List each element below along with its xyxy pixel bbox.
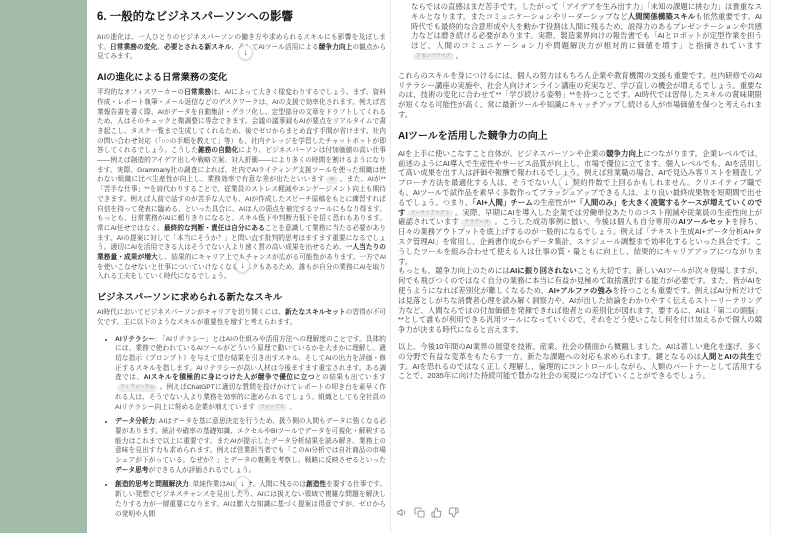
bold-text: 最終的な判断・責任は自分にある — [164, 225, 265, 232]
text-run: 。 — [289, 404, 296, 411]
bold-text: 創造的思考と問題解決力 — [115, 481, 189, 488]
read-aloud-icon[interactable] — [397, 507, 408, 518]
text-run: ができる人が評価されるでしょう。 — [148, 467, 255, 474]
bold-text: データ分析力 — [115, 418, 155, 425]
section-heading: AIの進化による日常業務の変化 — [97, 71, 386, 83]
text-run: AIツールを活用した競争力の向上 — [398, 131, 548, 142]
bold-text: 人間関係構築スキル — [628, 12, 696, 21]
text-run: 。 — [456, 51, 463, 60]
bold-text: 「AI+人間」チーム — [473, 198, 533, 207]
citation-badge[interactable]: フォーブス — [257, 404, 287, 412]
bold-text: 創造性 — [306, 481, 326, 488]
bold-text: AIスキルを積極的に身につけた人が競争で優位に立つ — [144, 374, 315, 381]
page-divider — [390, 0, 391, 533]
content-right-edge — [770, 0, 771, 533]
text-run: は、AIによって大きく様変わりするでしょう。まず、資料作成・レポート執筆・メール… — [97, 89, 386, 154]
bold-text: 日常業務 — [184, 89, 211, 96]
list-item: 創造的思考と問題解決力: 単純作業はAIに任せ、人間に残るのは創造性を要する仕事… — [115, 480, 386, 519]
document-page-2: ならではの直感はまだ苦手です。したがって「アイデアを生み出す力」「未知の課題に挑… — [398, 0, 762, 533]
text-run: AI時代においてビジネスパーソンがキャリアを切り開くには、 — [97, 309, 285, 316]
text-run: ビジネスパーソンに求められる新たなスキル — [97, 292, 282, 302]
scroll-to-bottom-button[interactable]: ↓ — [235, 476, 250, 491]
skills-list: AIリテラシー: 「AIリテラシー」とはAIの仕組みや活用方法への理解度のことで… — [97, 335, 386, 520]
paragraph: AI時代においてビジネスパーソンがキャリアを切り開くには、新たなスキルセットの習… — [97, 308, 386, 327]
citation-badge[interactable]: ax — [326, 176, 337, 184]
text-run: との結果も出ています — [315, 374, 386, 381]
list-item: AIリテラシー: 「AIリテラシー」とはAIの仕組みや活用方法への理解度のことで… — [115, 335, 386, 413]
text-run: の生産性が** — [533, 198, 576, 207]
text-run: AIの進化による日常業務の変化 — [97, 72, 227, 82]
bold-text: 雑務の自動化 — [198, 147, 238, 154]
left-green-panel — [0, 0, 87, 533]
bold-text: AIツールセット — [678, 217, 731, 226]
bold-text: 人間とAIの共生 — [701, 352, 754, 361]
paragraph: AIを上手に使いこなすこと自体が、ビジネスパーソンや企業の競争力向上につながりま… — [398, 149, 762, 267]
citation-badge[interactable]: クラデータ — [461, 219, 492, 227]
response-action-bar — [397, 507, 459, 518]
bold-text: AIに振り回されない — [510, 266, 577, 275]
bold-text: 新たなスキルセット — [285, 309, 346, 316]
bold-text: AIリテラシー — [115, 336, 155, 343]
scroll-to-bottom-button[interactable]: ↓ — [238, 45, 253, 60]
paragraph: 平均的なオフィスワーカーの日常業務は、AIによって大きく様変わりするでしょう。ま… — [97, 88, 386, 282]
bold-text: 競争力向上 — [606, 149, 643, 158]
text-run: : AIはデータを基に意思決定を行うため、扱う側の人間もデータに強くなる必要があ… — [115, 418, 386, 464]
list-item: データ分析力: AIはデータを基に意思決定を行うため、扱う側の人間もデータに強く… — [115, 417, 386, 475]
citation-badge[interactable]: アセンブリマグ — [413, 53, 454, 61]
text-run: これらのスキルを身につけるには、個人の努力はもちろん企業や教育機関の支援も重要で… — [398, 71, 762, 119]
bold-text: 必要とされる新スキル — [164, 44, 231, 51]
text-run: もっとも、競争力向上のためには — [398, 266, 510, 275]
thumbs-up-icon[interactable] — [431, 507, 442, 518]
bold-text: データ思考 — [115, 467, 148, 474]
paragraph: これらのスキルを身につけるには、個人の努力はもちろん企業や教育機関の支援も重要で… — [398, 71, 762, 120]
paragraph: 以上、今後10年間のAI業界の展望を技術、産業、社会の側面から概観しました。AI… — [398, 342, 762, 381]
text-run: 、 — [157, 44, 164, 51]
bold-text: 競争力向上 — [319, 44, 353, 51]
text-run: AIを上手に使いこなすこと自体が、ビジネスパーソンや企業の — [398, 149, 606, 158]
bold-text: AI+アルファの強み — [548, 286, 612, 295]
text-run: 6. 一般的なビジネスパーソンへの影響 — [97, 11, 293, 23]
scroll-to-bottom-button[interactable]: ↓ — [559, 175, 574, 190]
thumbs-down-icon[interactable] — [448, 507, 459, 518]
text-run: 。また、AIが**「苦手な仕事」**を肩代わりすることで、従業員のストレス軽減や… — [97, 176, 386, 232]
chat-document-screenshot: 6. 一般的なビジネスパーソンへの影響AIの進化は、一人ひとりのビジネスパーソン… — [0, 0, 800, 533]
paragraph: ならではの直感はまだ苦手です。したがって「アイデアを生み出す力」「未知の課題に挑… — [398, 2, 762, 61]
bold-text: 日常業務の変化 — [110, 44, 157, 51]
text-run: 平均的なオフィスワーカーの — [97, 89, 184, 96]
page-title: 6. 一般的なビジネスパーソンへの影響 — [97, 10, 386, 24]
paragraph: もっとも、競争力向上のためにはAIに振り回されないことも大切です。新しいAIツー… — [398, 266, 762, 335]
citation-badge[interactable]: アーティファクト — [408, 210, 453, 218]
section-heading: AIツールを活用した競争力の向上 — [398, 131, 762, 143]
scroll-to-bottom-button[interactable]: ↓ — [235, 258, 250, 273]
citation-badge[interactable]: ウィフォーラム — [117, 384, 157, 392]
text-run: 。こうした成功事例に倣い、今後は個人も自分専用の — [494, 217, 678, 226]
section-heading: ビジネスパーソンに求められる新たなスキル — [97, 291, 386, 303]
copy-icon[interactable] — [414, 507, 425, 518]
